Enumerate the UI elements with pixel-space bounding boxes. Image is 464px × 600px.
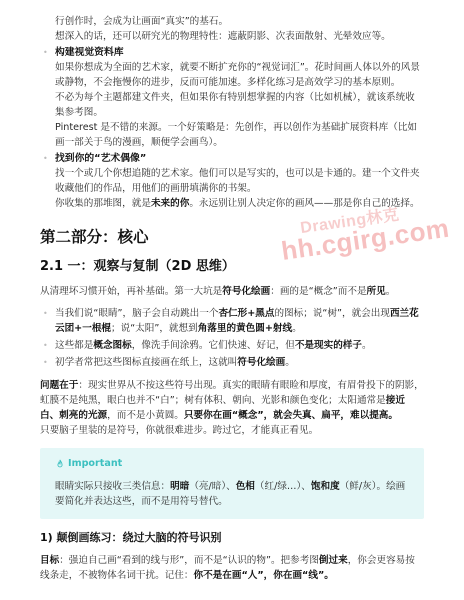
callout-title-text: Important: [68, 456, 122, 472]
emphasis: 符号化绘画: [222, 286, 270, 297]
document-page: 行创作时，会成为让画面“真实”的基石。 想深入的话，还可以研究光的物理特性：遮蔽…: [40, 0, 424, 583]
emphasis: 杏仁形+黑点: [218, 308, 274, 319]
text: 。: [292, 323, 302, 334]
segmented-text: 初学者常把这些图标直接画在纸上，这就叫符号化绘画。: [55, 355, 424, 370]
flame-icon: [55, 459, 65, 469]
text: 这些都是: [55, 340, 93, 351]
list-item-title: 构建视觉资料库: [55, 45, 424, 60]
list-item-paragraph: 你收集的那堆图，就是未来的你。永远别让别人决定你的画风——那是你自己的选择。: [55, 196, 424, 211]
section-intro: 从清理坏习惯开始，再补基础。第一大坑是符号化绘画：画的是“概念”而不是所见。: [40, 284, 424, 299]
emphasis: 明暗: [170, 481, 189, 492]
text: ：强迫自己画“看到的线与形”，而不是“认识的物”。把参考图: [59, 555, 319, 566]
list-item-paragraph: Pinterest 是不错的来源。一个好策略是：先创作，再以创作为基础扩展资料库…: [55, 120, 424, 150]
problem-paragraph: 问题在于：现实世界从不按这些符号出现。真实的眼睛有眼睑和厚度，有眉骨投下的阴影，…: [40, 378, 424, 423]
emphasis: 只要你在画“概念”，就会失真、扁平，难以提高。: [184, 410, 398, 421]
text: 从清理坏习惯开始，再补基础。第一大坑是: [40, 286, 222, 297]
list-item-paragraph: 不必为每个主题都建文件夹，但如果你有特别想掌握的内容（比如机械），就该系统收集参…: [55, 90, 424, 120]
text: 。: [285, 357, 295, 368]
text: 当我们说“眼睛”，脑子会自动跳出一个: [55, 308, 218, 319]
important-callout: Important 眼睛实际只接收三类信息：明暗（亮/暗）、色相（红/绿…）、饱…: [40, 448, 424, 519]
emphasis: 你不是在画“人”，你在画“线”。: [194, 570, 334, 581]
list-item: 初学者常把这些图标直接画在纸上，这就叫符号化绘画。: [40, 355, 424, 370]
text: ，而不是小黄圆。: [107, 410, 184, 421]
emphasis: 目标: [40, 555, 59, 566]
continued-paragraph: 行创作时，会成为让画面“真实”的基石。: [55, 14, 424, 29]
text: 初学者常把这些图标直接画在纸上，这就叫: [55, 357, 237, 368]
continued-list-item: 行创作时，会成为让画面“真实”的基石。 想深入的话，还可以研究光的物理特性：遮蔽…: [40, 0, 424, 44]
exercise-goal: 目标：强迫自己画“看到的线与形”，而不是“认识的物”。把参考图倒过来，你会更容易…: [40, 553, 424, 583]
text: 。永远别让别人决定你的画风——那是你自己的选择。: [189, 198, 419, 209]
emphasis: 饱和度: [311, 481, 340, 492]
list-item: 当我们说“眼睛”，脑子会自动跳出一个杏仁形+黑点的图标；说“树”，就会出现西兰花…: [40, 306, 424, 336]
symbol-list: 当我们说“眼睛”，脑子会自动跳出一个杏仁形+黑点的图标；说“树”，就会出现西兰花…: [40, 306, 424, 370]
emphasis: 倒过来: [319, 555, 348, 566]
list-item-title: 找到你的“艺术偶像”: [55, 151, 424, 166]
text: ：现实世界从不按这些符号出现。真实的眼睛有眼睑和厚度，有眉骨投下的阴影，虹膜不是…: [40, 380, 424, 406]
text: ：画的是“概念”而不是: [270, 286, 366, 297]
continued-paragraph: 想深入的话，还可以研究光的物理特性：遮蔽阴影、次表面散射、光晕效应等。: [55, 29, 424, 44]
text: ，像洗手间涂鸦。它们快速、好记，但: [132, 340, 295, 351]
emphasis: 角落里的黄色圆+射线: [198, 323, 292, 334]
segmented-text: 这些都是概念图标，像洗手间涂鸦。它们快速、好记，但不是现实的样子。: [55, 338, 424, 353]
text: 你收集的那堆图，就是: [55, 198, 151, 209]
list-item-paragraph: 找一个或几个你想追随的艺术家。他们可以是写实的，也可以是卡通的。建一个文件夹收藏…: [55, 166, 424, 196]
callout-title: Important: [55, 456, 409, 472]
list-item: 这些都是概念图标，像洗手间涂鸦。它们快速、好记，但不是现实的样子。: [40, 338, 424, 353]
emphasis: 符号化绘画: [237, 357, 285, 368]
list-item-paragraph: 如果你想成为全面的艺术家，就要不断扩充你的“视觉词汇”。花时间画人体以外的风景或…: [55, 60, 424, 90]
section-heading: 2.1 一：观察与复制（2D 思维）: [40, 257, 424, 277]
text: （红/绿…）、: [255, 481, 311, 492]
followup-paragraph: 只要脑子里装的是符号，你就很难进步。跨过它，才能真正看见。: [40, 423, 424, 438]
emphasis: 问题在于: [40, 380, 78, 391]
list-item-visual-library: 构建视觉资料库 如果你想成为全面的艺术家，就要不断扩充你的“视觉词汇”。花时间画…: [40, 45, 424, 150]
text: 眼睛实际只接收三类信息：: [55, 481, 170, 492]
exercise-heading: 1) 颠倒画练习：绕过大脑的符号识别: [40, 529, 424, 547]
segmented-text: 当我们说“眼睛”，脑子会自动跳出一个杏仁形+黑点的图标；说“树”，就会出现西兰花…: [55, 306, 424, 336]
emphasis: 概念图标: [93, 340, 131, 351]
text: ；说“太阳”，就想到: [111, 323, 198, 334]
resources-list: 构建视觉资料库 如果你想成为全面的艺术家，就要不断扩充你的“视觉词汇”。花时间画…: [40, 45, 424, 211]
emphasis: 色相: [236, 481, 255, 492]
callout-body: 眼睛实际只接收三类信息：明暗（亮/暗）、色相（红/绿…）、饱和度（鲜/灰）。绘画…: [55, 479, 409, 509]
emphasis: 不是现实的样子: [295, 340, 362, 351]
part-heading: 第二部分：核心: [40, 226, 424, 248]
text: 的图标；说“树”，就会出现: [274, 308, 389, 319]
text: 。: [386, 286, 396, 297]
list-item-art-idol: 找到你的“艺术偶像” 找一个或几个你想追随的艺术家。他们可以是写实的，也可以是卡…: [40, 151, 424, 211]
emphasis: 未来的你: [151, 198, 189, 209]
text: 。: [362, 340, 372, 351]
emphasis: 所见: [367, 286, 386, 297]
text: （亮/暗）、: [189, 481, 235, 492]
